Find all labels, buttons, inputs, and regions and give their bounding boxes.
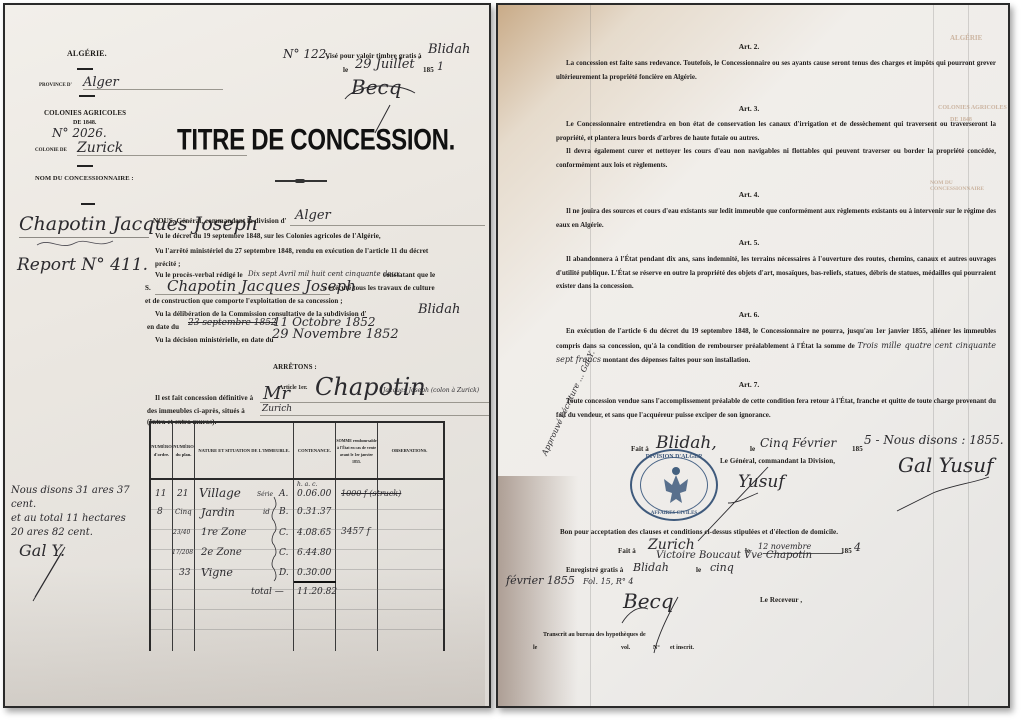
vu-proces-line3: et de construction que comporte l'exploi… xyxy=(145,297,343,305)
row1-lot: A. xyxy=(279,489,288,499)
row3-lot: C. xyxy=(279,528,288,538)
deliberation-place: Blidah xyxy=(418,302,460,317)
registration-folio: Fol. 15, R° 4 xyxy=(583,577,634,586)
total-rule xyxy=(294,581,336,583)
document-title: TITRE DE CONCESSION. xyxy=(177,123,455,158)
acceptance-text: Bon pour acceptation des clauses et cond… xyxy=(560,528,838,536)
preamble-nous: NOUS, Général, commandant la division d' xyxy=(153,217,287,225)
name-flourish xyxy=(35,237,115,255)
row2-lot: B. xyxy=(279,507,288,517)
signature-stroke xyxy=(893,475,993,515)
arretons-heading: ARRÊTONS : xyxy=(273,363,317,371)
art-5-label: Art. 5. xyxy=(496,238,1004,247)
art-4-label: Art. 4. xyxy=(496,190,1004,199)
official-seal: DIVISION D'ALGER AFFAIRES CIVILES xyxy=(630,449,718,521)
division-value: Alger xyxy=(295,208,331,223)
visa-year-digit: 1 xyxy=(437,60,444,73)
imperial-eagle-icon xyxy=(660,465,692,507)
visa-place-prefix: à xyxy=(418,52,422,60)
registration-date-2: février 1855 xyxy=(506,574,575,587)
transcription-suffix: et inscrit. xyxy=(670,645,694,651)
registration-date-prefix: le xyxy=(696,566,701,574)
proces-underline xyxy=(155,294,330,295)
vu-decision: Vu la décision ministérielle, en date du xyxy=(155,336,274,344)
art-3-paragraph-2: Il devra également curer et nettoyer les… xyxy=(556,145,996,172)
province-label: PROVINCE D' xyxy=(39,83,72,88)
land-table: NUMÉRO d'ordre. NUMÉRO du plan. NATURE E… xyxy=(149,421,445,651)
deliberation-date-struck: 23 septembre 1852 xyxy=(188,318,277,328)
row1-nature: Village xyxy=(199,486,241,500)
paper-stain xyxy=(498,476,578,706)
art-5-paragraph: Il abandonnera à l'État pendant dix ans,… xyxy=(556,253,996,294)
th-numero-plan: NUMÉRO du plan. xyxy=(173,425,194,477)
row-line xyxy=(151,629,443,630)
margin-note-line: 20 ares 82 cent. xyxy=(11,526,151,540)
transcription-no: N° xyxy=(653,645,660,651)
article-1-underline xyxy=(260,402,490,403)
margin-signature-stroke xyxy=(25,545,75,605)
visa-place: Blidah xyxy=(428,42,470,57)
row2-contenance: 0.31.37 xyxy=(297,507,331,517)
concessionnaire-label: NOM DU CONCESSIONNAIRE : xyxy=(35,175,134,182)
transcription-vol: vol. xyxy=(621,645,630,651)
signature-date: Cinq Février xyxy=(760,436,836,450)
seal-margin-note: Approuvé l'écriture ... Gal Y. xyxy=(540,417,565,457)
row3-contenance: 4.08.65 xyxy=(297,528,331,538)
art-7-text: Toute concession vendue sans l'accomplis… xyxy=(556,395,996,422)
art-6-label: Art. 6. xyxy=(496,310,1004,319)
transcription-le: le xyxy=(533,645,537,651)
article-1-line1: Il est fait concession définitive à xyxy=(155,394,253,402)
article-1-place: Zurich xyxy=(262,404,292,414)
vu-proces-suffix2: a exécuté tous les travaux de culture xyxy=(323,284,435,292)
visa-year: 185 xyxy=(423,66,434,74)
art-2-label: Art. 2. xyxy=(496,42,1004,51)
divider xyxy=(77,68,93,70)
th-somme: SOMME remboursable à l'État en cas de ve… xyxy=(336,425,377,477)
art-7-paragraph: Toute concession vendue sans l'accomplis… xyxy=(556,395,996,422)
row2-nature: Jardin xyxy=(201,506,235,519)
vu-proces-suffix: constatant que le xyxy=(383,271,435,279)
acceptance-year-digit: 4 xyxy=(854,541,861,554)
signature-year-note: 5 - Nous disons : 1855. xyxy=(864,433,1004,447)
province-underline xyxy=(83,89,223,90)
article-1-line2: des immeubles ci-après, situés à xyxy=(147,407,245,415)
art-3-paragraph: Le Concessionnaire entretiendra en bon é… xyxy=(556,118,996,145)
row4-lot: C. xyxy=(279,548,288,558)
art-2-paragraph: La concession est faite sans redevance. … xyxy=(556,57,996,84)
divider xyxy=(77,165,93,167)
row2-ordre: 8 xyxy=(157,507,163,517)
row5-contenance: 0.30.00 xyxy=(297,568,331,578)
row-line xyxy=(151,609,443,610)
row4-nature: 2e Zone xyxy=(201,547,242,558)
seal-text-bottom: AFFAIRES CIVILES xyxy=(632,511,716,516)
divider xyxy=(81,203,95,205)
vu-decret: Vu le décret du 19 septembre 1848, sur l… xyxy=(155,232,381,240)
general-signature-2: Gal Yusuf xyxy=(898,453,994,477)
art-2-text: La concession est faite sans redevance. … xyxy=(556,57,996,84)
colonies-heading: COLONIES AGRICOLES xyxy=(44,109,126,117)
colonie-number: N° 2026. xyxy=(52,126,107,140)
row3-nature: 1re Zone xyxy=(201,527,247,538)
th-observations: OBSERVATIONS. xyxy=(378,425,441,477)
registration-text: Enregistré gratis à xyxy=(566,566,623,574)
visa-date-prefix: le xyxy=(343,66,348,74)
row5-nature: Vigne xyxy=(201,566,233,579)
signature-year: 185 xyxy=(852,445,863,453)
receveur-label: Le Receveur , xyxy=(760,596,802,604)
row3-somme: 3457 f xyxy=(341,527,370,537)
visa-number: N° 122, xyxy=(283,47,330,61)
colonie-label: COLONIE DE xyxy=(35,148,67,153)
article-1-honorific: Mr xyxy=(263,383,290,404)
en-date-du: en date du xyxy=(147,323,179,331)
margin-note-line: Nous disons 31 ares 37 cent. xyxy=(11,484,151,512)
total-value: 11.20.82 xyxy=(297,587,337,597)
art-3-label: Art. 3. xyxy=(496,104,1004,113)
row5-lot: D. xyxy=(279,568,289,578)
document-page-left: ALGÉRIE. PROVINCE D' Alger COLONIES AGRI… xyxy=(3,3,491,708)
row2-plan: Cinq xyxy=(175,508,192,516)
row3-plan: 23/40 xyxy=(173,529,190,536)
row4-plan: 17/208 xyxy=(172,549,193,556)
division-underline xyxy=(290,225,485,226)
vu-proces-name-prefix: S. xyxy=(145,284,151,292)
row4-contenance: 6.44.80 xyxy=(297,548,331,558)
acceptance-fait-a: Fait à xyxy=(618,547,636,555)
registration-date: cinq xyxy=(710,561,734,574)
total-label: total — xyxy=(251,587,284,597)
province-value: Alger xyxy=(83,75,119,90)
document-page-right: ALGÉRIE COLONIES AGRICOLES DE 1848 NOM D… xyxy=(496,3,1010,708)
row1-ordre: 11 xyxy=(155,489,166,499)
title-ornament xyxy=(275,180,327,182)
th-nature: NATURE ET SITUATION DE L'IMMEUBLE. xyxy=(195,425,293,477)
art-6-text: En exécution de l'article 6 du décret du… xyxy=(556,325,996,368)
art-4-text: Il ne jouira des sources et cours d'eau … xyxy=(556,205,996,232)
margin-note-line: et au total 11 hectares xyxy=(11,512,151,526)
divider xyxy=(79,95,95,97)
bleedthrough-text: ALGÉRIE xyxy=(950,34,982,42)
colonie-value: Zurick xyxy=(77,140,123,156)
transcription-line1: Transcrit au bureau des hypothèques de xyxy=(543,632,646,638)
row1-plan: 21 xyxy=(177,489,188,499)
th-numero-ordre: NUMÉRO d'ordre. xyxy=(151,425,172,477)
unit-header: h. a. c. xyxy=(297,481,317,488)
row1-contenance: 0.06.00 xyxy=(297,489,331,499)
vu-arrete: Vu l'arrêté ministériel du 27 septembre … xyxy=(155,245,445,271)
article-1-name-rest: Jacques Joseph (colon à Zurick) xyxy=(383,387,491,394)
article-1-underline2 xyxy=(260,415,490,416)
brace xyxy=(269,495,279,585)
date-prefix: le xyxy=(750,445,755,453)
header-separator xyxy=(151,478,443,480)
registration-place: Blidah xyxy=(633,561,669,574)
visa-date: 29 Juillet xyxy=(355,57,415,72)
decision-date: 29 Novembre 1852 xyxy=(272,327,399,342)
art-3-text: Le Concessionnaire entretiendra en bon é… xyxy=(556,118,996,172)
row5-plan: 33 xyxy=(179,568,190,578)
country-heading: ALGÉRIE. xyxy=(67,49,107,58)
art-6-suffix: montant des dépenses faites pour son ins… xyxy=(603,356,750,364)
fait-a-label: Fait à xyxy=(631,445,649,453)
th-contenance: CONTENANCE. xyxy=(294,425,335,477)
row1-somme: 1000 f (struck) xyxy=(341,489,401,498)
seal-text-top: DIVISION D'ALGER xyxy=(632,454,716,460)
acceptance-signature: Victoire Boucaut Vve Chapotin xyxy=(656,550,812,561)
report-number: Report N° 411. xyxy=(17,255,148,275)
art-4-paragraph: Il ne jouira des sources et cours d'eau … xyxy=(556,205,996,232)
art-5-text: Il abandonnera à l'État pendant dix ans,… xyxy=(556,253,996,294)
